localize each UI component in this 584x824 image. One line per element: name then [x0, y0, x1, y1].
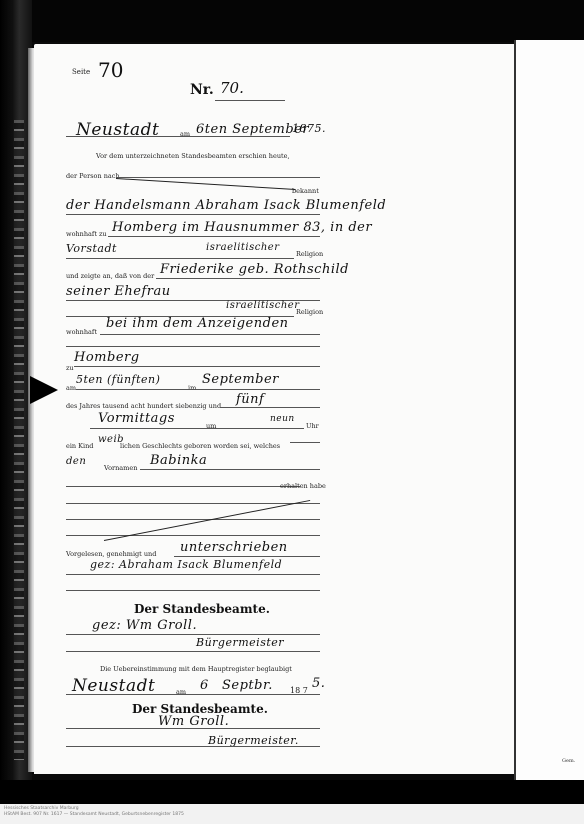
page-label: Seite	[72, 68, 90, 76]
residence-rule	[108, 236, 320, 237]
residence-label-2: wohnhaft	[66, 328, 97, 336]
official-signature-2: Wm Groll.	[158, 714, 229, 729]
cert-place: Neustadt	[72, 676, 155, 696]
cert-year-suffix: 5.	[312, 676, 325, 691]
person-label: der Person nach	[66, 172, 120, 180]
signature-rule	[66, 574, 320, 575]
page-number: 70	[98, 58, 123, 82]
residence-rule-2	[100, 334, 320, 335]
signed-rule	[174, 556, 320, 557]
day-written: 5ten (fünften)	[76, 373, 160, 386]
place-written: Neustadt	[76, 120, 159, 140]
footer-line-2: HStAM Best. 907 Nr. 1617 — Standesamt Ne…	[4, 812, 580, 818]
official-rule-3	[66, 728, 320, 729]
scanner-frame-bottom	[0, 780, 584, 804]
am-label: am	[66, 384, 76, 392]
mother-rule	[156, 278, 320, 279]
entry-label: Nr.	[190, 82, 214, 98]
name-label: Vornamen	[104, 464, 137, 472]
received-rule	[66, 486, 300, 487]
religion-label-1: Religion	[296, 250, 323, 258]
residence-cont: Vorstadt	[66, 242, 117, 255]
official-signature-1: gez: Wm Groll.	[92, 618, 197, 633]
cert-rule	[66, 694, 320, 695]
residence-value-2: bei ihm dem Anzeigenden	[106, 316, 289, 331]
archive-footer: Hessisches Staatsarchiv Marburg HStAM Be…	[0, 804, 584, 824]
scanner-frame-top	[0, 0, 584, 42]
residence-label: wohnhaft zu	[66, 230, 107, 238]
cert-day: 6	[200, 678, 209, 693]
year-label: des Jahres tausend acht hundert siebenzi…	[66, 402, 221, 410]
mother-name: Friederike geb. Rothschild	[160, 262, 349, 277]
day-rule	[76, 389, 320, 390]
declared-label: und zeigte an, daß von der	[66, 272, 154, 280]
religion-value-2: israelitischer	[226, 300, 299, 311]
informant-rule	[66, 214, 320, 215]
official-rule-4	[66, 746, 320, 747]
entry-number-rule	[215, 100, 285, 101]
religion-value-1: israelitischer	[206, 242, 279, 253]
official-rule-2	[66, 651, 320, 652]
official-heading: Der Standesbeamte.	[134, 602, 270, 616]
person-rule	[116, 177, 320, 178]
hour-label: Uhr	[306, 422, 319, 430]
child-label-b: lichen Geschlechts geboren worden sei, w…	[120, 442, 280, 450]
date-rule	[66, 136, 290, 137]
place-2: Homberg	[74, 350, 140, 365]
month-prefix: im	[188, 384, 196, 392]
year-rule	[220, 407, 320, 408]
time-written: Vormittags	[98, 411, 175, 426]
signature-rule-2	[66, 590, 320, 591]
cert-month: Septbr.	[222, 678, 273, 693]
blank-rule-3	[66, 519, 320, 520]
register-tab-marker	[30, 376, 58, 404]
signed-written: unterschrieben	[180, 540, 288, 555]
certify-line: Die Uebereinstimmung mit dem Hauptregist…	[100, 665, 292, 673]
zu-label: zu	[66, 364, 74, 372]
hour-written: neun	[270, 414, 295, 424]
informant-name: der Handelsmann Abraham Isack Blumenfeld	[66, 198, 386, 213]
child-label-a: ein Kind	[66, 442, 93, 450]
read-label: Vorgelesen, genehmigt und	[66, 550, 156, 558]
residence-value: Homberg im Hausnummer 83, in der	[112, 220, 372, 235]
child-name: Babinka	[150, 453, 207, 468]
child-rule	[290, 442, 320, 443]
official-rule-1	[66, 634, 320, 635]
religion-label-2: Religion	[296, 308, 323, 316]
month-written: September	[202, 372, 279, 387]
child-name-rule	[140, 469, 320, 470]
informant-signature: gez: Abraham Isack Blumenfeld	[90, 558, 282, 571]
intro-line: Vor dem unterzeichneten Standesbeamten e…	[96, 152, 290, 160]
official-title-1: Bürgermeister	[196, 636, 284, 649]
year-written-words: fünf	[236, 392, 264, 407]
binding-thread	[14, 120, 24, 760]
mother-relation: seiner Ehefrau	[66, 284, 171, 299]
religion-rule-1	[66, 258, 294, 259]
name-prefix: den	[66, 456, 86, 467]
facing-page: Gem.	[514, 40, 584, 780]
place-2-rule	[74, 366, 320, 367]
blank-rule-4	[66, 535, 320, 536]
received-label: erhalten habe	[280, 482, 326, 490]
known-label: bekannt	[292, 187, 319, 195]
time-rule	[90, 428, 304, 429]
blank-rule-1	[66, 346, 320, 347]
blank-rule-2	[66, 503, 320, 504]
facing-page-fragment: Gem.	[562, 758, 575, 764]
year-written: 1875.	[292, 122, 326, 135]
entry-number: 70.	[220, 79, 244, 97]
